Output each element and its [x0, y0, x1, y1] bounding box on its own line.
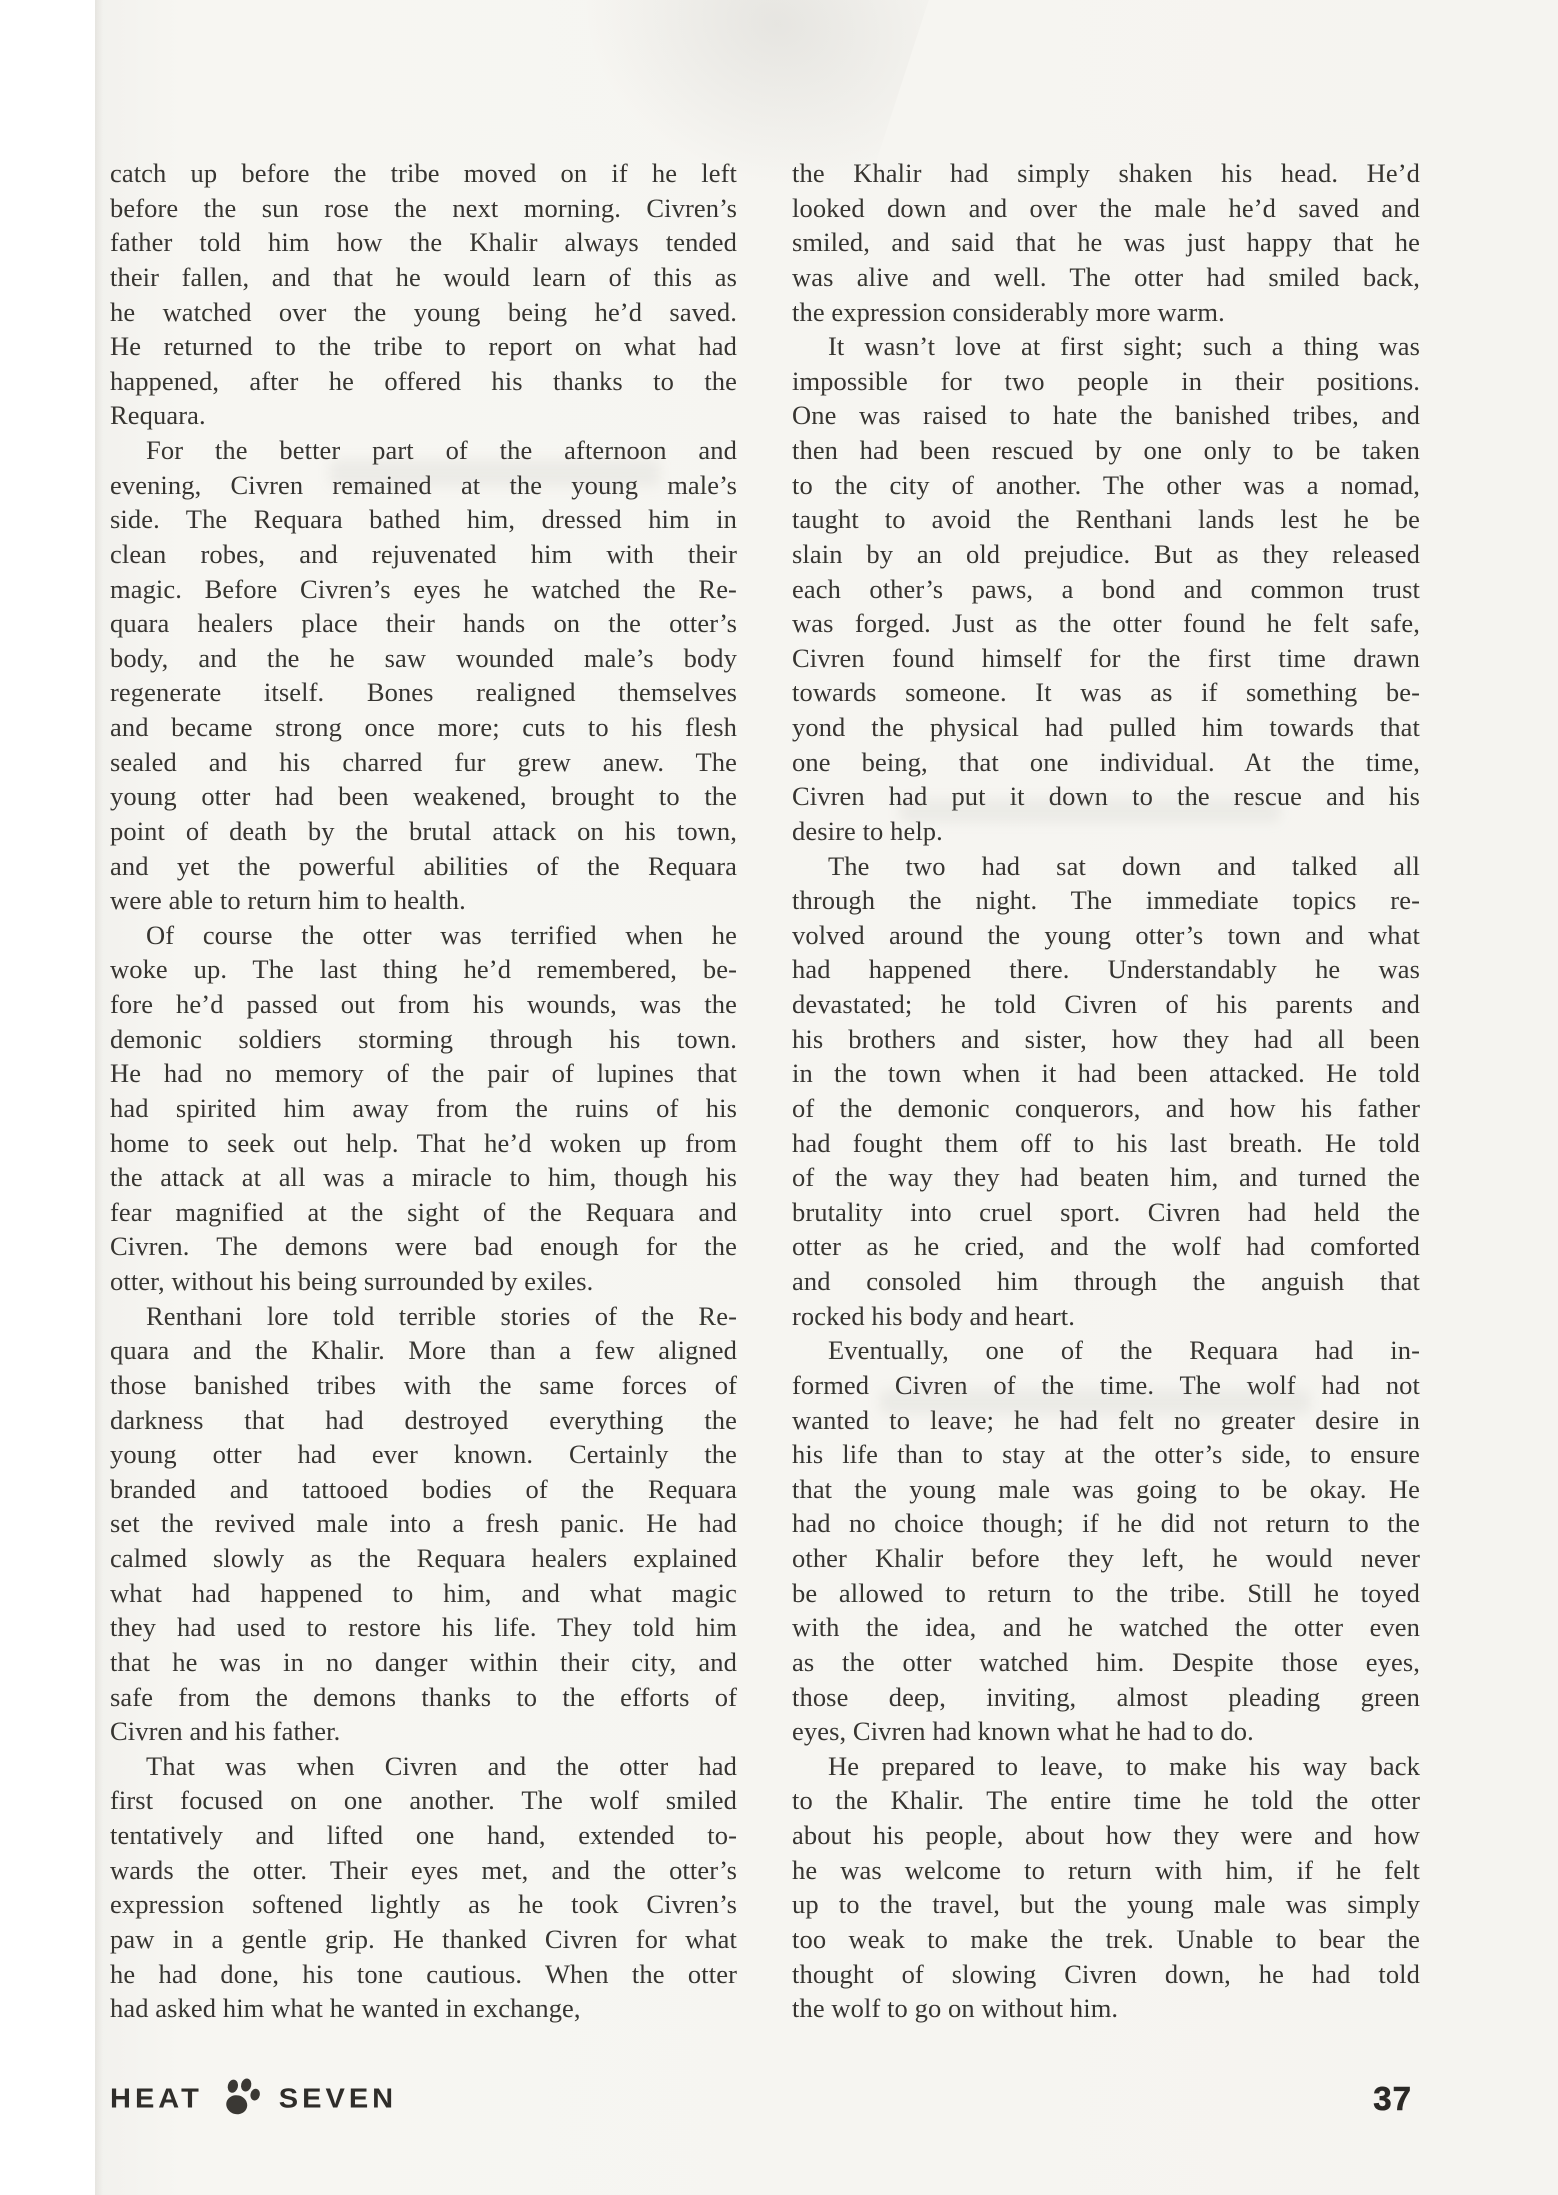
text-line: to the Khalir. The entire time he told t…: [792, 1783, 1420, 1818]
text-line: desire to help.: [792, 814, 1420, 849]
text-line: eyes, Civren had known what he had to do…: [792, 1714, 1420, 1749]
text-line: their fallen, and that he would learn of…: [110, 260, 737, 295]
text-line: Eventually, one of the Requara had in-: [792, 1333, 1420, 1368]
text-line: Civren and his father.: [110, 1714, 737, 1749]
paragraph: The two had sat down and talked allthrou…: [792, 849, 1420, 1334]
text-line: through the night. The immediate topics …: [792, 883, 1420, 918]
text-line: impossible for two people in their posit…: [792, 364, 1420, 399]
paragraph: For the better part of the afternoon and…: [110, 433, 737, 918]
text-line: too weak to make the trek. Unable to bea…: [792, 1922, 1420, 1957]
text-line: evening, Civren remained at the young ma…: [110, 468, 737, 503]
text-line: otter as he cried, and the wolf had comf…: [792, 1229, 1420, 1264]
text-line: other Khalir before they left, he would …: [792, 1541, 1420, 1576]
text-line: up to the travel, but the young male was…: [792, 1887, 1420, 1922]
text-line: towards someone. It was as if something …: [792, 675, 1420, 710]
text-column-left: catch up before the tribe moved on if he…: [110, 156, 737, 2026]
text-line: tentatively and lifted one hand, extende…: [110, 1818, 737, 1853]
text-line: clean robes, and rejuvenated him with th…: [110, 537, 737, 572]
paragraph: It wasn’t love at first sight; such a th…: [792, 329, 1420, 848]
text-line: It wasn’t love at first sight; such a th…: [792, 329, 1420, 364]
text-line: those deep, inviting, almost pleading gr…: [792, 1680, 1420, 1715]
paragraph: the Khalir had simply shaken his head. H…: [792, 156, 1420, 329]
text-line: The two had sat down and talked all: [792, 849, 1420, 884]
text-line: volved around the young otter’s town and…: [792, 918, 1420, 953]
text-line: had spirited him away from the ruins of …: [110, 1091, 737, 1126]
text-line: otter, without his being surrounded by e…: [110, 1264, 737, 1299]
text-line: looked down and over the male he’d saved…: [792, 191, 1420, 226]
text-line: brutality into cruel sport. Civren had h…: [792, 1195, 1420, 1230]
text-line: were able to return him to health.: [110, 883, 737, 918]
text-line: expression softened lightly as he took C…: [110, 1887, 737, 1922]
text-line: he watched over the young being he’d sav…: [110, 295, 737, 330]
text-line: he was welcome to return with him, if he…: [792, 1853, 1420, 1888]
text-line: what had happened to him, and what magic: [110, 1576, 737, 1611]
text-line: darkness that had destroyed everything t…: [110, 1403, 737, 1438]
text-line: fear magnified at the sight of the Requa…: [110, 1195, 737, 1230]
text-line: had fought them off to his last breath. …: [792, 1126, 1420, 1161]
text-line: Civren. The demons were bad enough for t…: [110, 1229, 737, 1264]
text-line: Requara.: [110, 398, 737, 433]
text-line: and became strong once more; cuts to his…: [110, 710, 737, 745]
text-line: father told him how the Khalir always te…: [110, 225, 737, 260]
text-line: He returned to the tribe to report on wh…: [110, 329, 737, 364]
text-line: he had done, his tone cautious. When the…: [110, 1957, 737, 1992]
text-line: calmed slowly as the Requara healers exp…: [110, 1541, 737, 1576]
text-column-right: the Khalir had simply shaken his head. H…: [792, 156, 1420, 2026]
page-footer: HEAT SEVEN 37: [110, 2076, 1420, 2122]
text-line: that he was in no danger within their ci…: [110, 1645, 737, 1680]
text-line: be allowed to return to the tribe. Still…: [792, 1576, 1420, 1611]
text-line: each other’s paws, a bond and common tru…: [792, 572, 1420, 607]
text-line: thought of slowing Civren down, he had t…: [792, 1957, 1420, 1992]
paragraph: Renthani lore told terrible stories of t…: [110, 1299, 737, 1749]
text-line: his brothers and sister, how they had al…: [792, 1022, 1420, 1057]
text-line: That was when Civren and the otter had: [110, 1749, 737, 1784]
text-line: those banished tribes with the same forc…: [110, 1368, 737, 1403]
text-line: Civren found himself for the first time …: [792, 641, 1420, 676]
text-line: and yet the powerful abilities of the Re…: [110, 849, 737, 884]
text-line: body, and the he saw wounded male’s body: [110, 641, 737, 676]
text-line: One was raised to hate the banished trib…: [792, 398, 1420, 433]
text-line: For the better part of the afternoon and: [110, 433, 737, 468]
text-line: that the young male was going to be okay…: [792, 1472, 1420, 1507]
text-line: young otter had been weakened, brought t…: [110, 779, 737, 814]
paragraph: Eventually, one of the Requara had in-fo…: [792, 1333, 1420, 1749]
text-line: of the way they had beaten him, and turn…: [792, 1160, 1420, 1195]
text-line: wanted to leave; he had felt no greater …: [792, 1403, 1420, 1438]
text-line: home to seek out help. That he’d woken u…: [110, 1126, 737, 1161]
paragraph: Of course the otter was terrified when h…: [110, 918, 737, 1299]
text-line: catch up before the tribe moved on if he…: [110, 156, 737, 191]
text-line: set the revived male into a fresh panic.…: [110, 1506, 737, 1541]
text-line: was forged. Just as the otter found he f…: [792, 606, 1420, 641]
text-line: about his people, about how they were an…: [792, 1818, 1420, 1853]
text-line: woke up. The last thing he’d remembered,…: [110, 952, 737, 987]
text-line: then had been rescued by one only to be …: [792, 433, 1420, 468]
text-line: Of course the otter was terrified when h…: [110, 918, 737, 953]
text-line: of the demonic conquerors, and how his f…: [792, 1091, 1420, 1126]
text-line: quara healers place their hands on the o…: [110, 606, 737, 641]
text-line: was alive and well. The otter had smiled…: [792, 260, 1420, 295]
text-line: they had used to restore his life. They …: [110, 1610, 737, 1645]
text-line: one being, that one individual. At the t…: [792, 745, 1420, 780]
text-line: demonic soldiers storming through his to…: [110, 1022, 737, 1057]
paper-left-edge: [95, 0, 103, 2195]
text-line: the attack at all was a miracle to him, …: [110, 1160, 737, 1195]
text-line: had no choice though; if he did not retu…: [792, 1506, 1420, 1541]
text-line: fore he’d passed out from his wounds, wa…: [110, 987, 737, 1022]
text-line: magic. Before Civren’s eyes he watched t…: [110, 572, 737, 607]
text-line: smiled, and said that he was just happy …: [792, 225, 1420, 260]
text-line: wards the otter. Their eyes met, and the…: [110, 1853, 737, 1888]
text-line: the expression considerably more warm.: [792, 295, 1420, 330]
text-line: formed Civren of the time. The wolf had …: [792, 1368, 1420, 1403]
text-line: and consoled him through the anguish tha…: [792, 1264, 1420, 1299]
text-line: first focused on one another. The wolf s…: [110, 1783, 737, 1818]
text-line: slain by an old prejudice. But as they r…: [792, 537, 1420, 572]
paw-print-icon: [214, 2072, 267, 2125]
page-number: 37: [1373, 2080, 1412, 2118]
text-line: in the town when it had been attacked. H…: [792, 1056, 1420, 1091]
text-line: happened, after he offered his thanks to…: [110, 364, 737, 399]
text-line: the wolf to go on without him.: [792, 1991, 1420, 2026]
paragraph: catch up before the tribe moved on if he…: [110, 156, 737, 433]
scanned-page: { "footer": { "magazine": "HEAT", "issue…: [0, 0, 1558, 2195]
text-line: as the otter watched him. Despite those …: [792, 1645, 1420, 1680]
magazine-title: HEAT: [110, 2083, 203, 2115]
text-line: Renthani lore told terrible stories of t…: [110, 1299, 737, 1334]
text-line: the Khalir had simply shaken his head. H…: [792, 156, 1420, 191]
text-line: quara and the Khalir. More than a few al…: [110, 1333, 737, 1368]
text-line: regenerate itself. Bones realigned thems…: [110, 675, 737, 710]
text-line: sealed and his charred fur grew anew. Th…: [110, 745, 737, 780]
text-line: had happened there. Understandably he wa…: [792, 952, 1420, 987]
text-line: rocked his body and heart.: [792, 1299, 1420, 1334]
paragraph: He prepared to leave, to make his way ba…: [792, 1749, 1420, 2026]
text-line: side. The Requara bathed him, dressed hi…: [110, 502, 737, 537]
text-line: young otter had ever known. Certainly th…: [110, 1437, 737, 1472]
text-line: Civren had put it down to the rescue and…: [792, 779, 1420, 814]
text-line: taught to avoid the Renthani lands lest …: [792, 502, 1420, 537]
story-text: catch up before the tribe moved on if he…: [110, 156, 1420, 2026]
text-line: had asked him what he wanted in exchange…: [110, 1991, 737, 2026]
text-line: to the city of another. The other was a …: [792, 468, 1420, 503]
text-line: branded and tattooed bodies of the Requa…: [110, 1472, 737, 1507]
text-line: safe from the demons thanks to the effor…: [110, 1680, 737, 1715]
text-line: He had no memory of the pair of lupines …: [110, 1056, 737, 1091]
paragraph: That was when Civren and the otter hadfi…: [110, 1749, 737, 2026]
text-line: with the idea, and he watched the otter …: [792, 1610, 1420, 1645]
issue-title: SEVEN: [279, 2083, 397, 2115]
text-line: point of death by the brutal attack on h…: [110, 814, 737, 849]
text-line: paw in a gentle grip. He thanked Civren …: [110, 1922, 737, 1957]
text-line: devastated; he told Civren of his parent…: [792, 987, 1420, 1022]
text-line: his life than to stay at the otter’s sid…: [792, 1437, 1420, 1472]
footer-logo: HEAT SEVEN: [110, 2077, 397, 2121]
text-line: yond the physical had pulled him towards…: [792, 710, 1420, 745]
text-line: before the sun rose the next morning. Ci…: [110, 191, 737, 226]
text-line: He prepared to leave, to make his way ba…: [792, 1749, 1420, 1784]
